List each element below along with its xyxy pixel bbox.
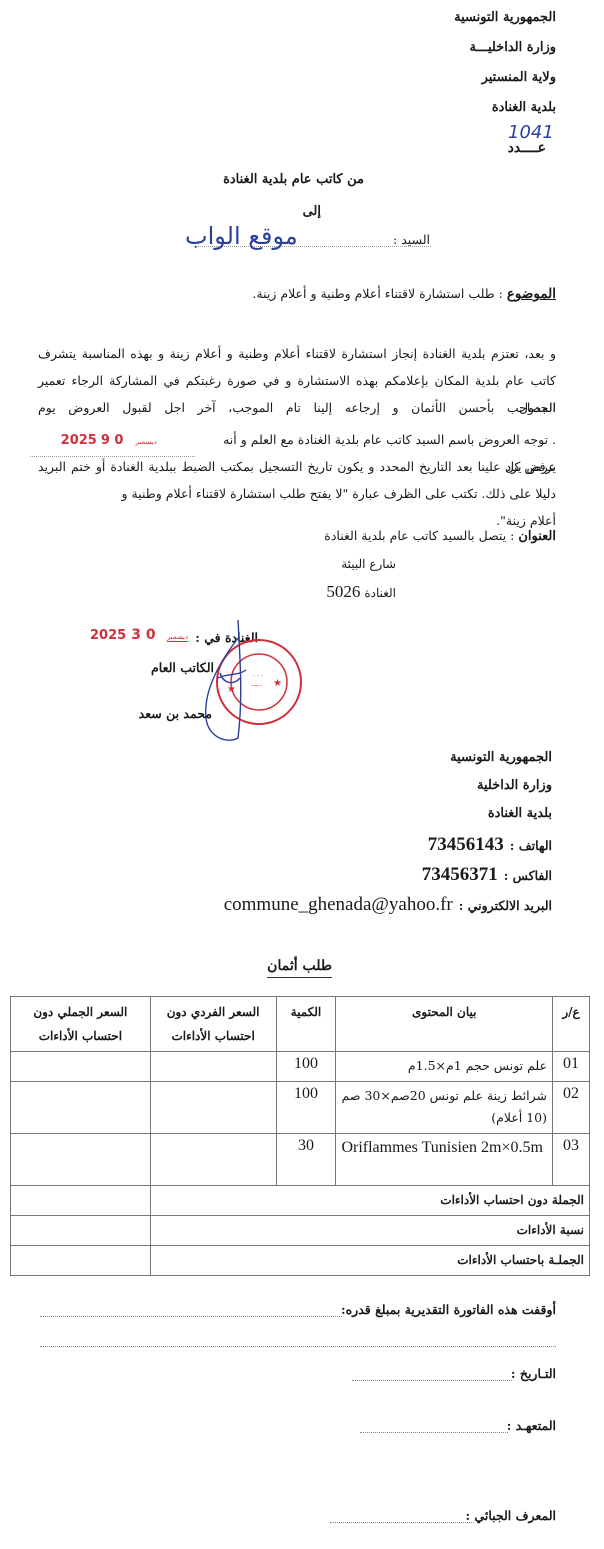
sender-line: من كاتب عام بلدية الغنادة — [223, 172, 364, 187]
col-header-unit-price: السعر الفردي دوناحتساب الأداءات — [150, 997, 276, 1052]
supplier-label: المتعهـد : — [507, 1418, 556, 1433]
tax-id-label: المعرف الجبائي : — [465, 1508, 556, 1523]
summary-value[interactable] — [11, 1246, 151, 1276]
summary-label: نسبة الأداءات — [150, 1216, 589, 1246]
row-unit-price[interactable] — [150, 1082, 276, 1134]
to-label: إلى — [303, 204, 321, 219]
closing-amount-field-line2[interactable] — [40, 1346, 556, 1347]
subject-text: : طلب استشارة لاقتناء أعلام وطنية و أعلا… — [252, 286, 502, 301]
form-header-municipality: بلدية الغنادة — [488, 806, 552, 821]
header-governorate: ولاية المنستير — [482, 70, 556, 85]
body-line-1: و بعد، تعتزم بلدية الغنادة إنجاز استشارة… — [38, 340, 556, 367]
summary-row-subtotal: الجملة دون احتساب الأداءات — [11, 1186, 590, 1216]
summary-value[interactable] — [11, 1186, 151, 1216]
recipient-label: السيد : — [393, 232, 430, 247]
body-line-6: دليلا على ذلك. تكتب على الظرف عبارة "لا … — [110, 480, 556, 534]
table-row: 02 شرائط زينة علم تونس 20صم×30 صم (10 أع… — [11, 1082, 590, 1134]
address-line-2: شارع البيئة — [341, 557, 396, 571]
row-unit-price[interactable] — [150, 1134, 276, 1186]
email-address[interactable]: commune_ghenada@yahoo.fr — [224, 894, 453, 916]
row-total-price[interactable] — [11, 1082, 151, 1134]
row-description: علم تونس حجم 1م×1.5م — [336, 1052, 553, 1082]
form-header-republic: الجمهورية التونسية — [450, 750, 552, 765]
row-number: 03 — [553, 1134, 590, 1186]
body-line-3: المصاحب بأحسن الأثمان و إرجاعه إلينا تام… — [38, 394, 556, 421]
tax-id-field[interactable] — [330, 1522, 474, 1523]
col-header-total-price: السعر الجملي دوناحتساب الأداءات — [11, 997, 151, 1052]
col-header-quantity: الكمية — [276, 997, 336, 1052]
email-line: البريد الالكتروني : commune_ghenada@yaho… — [224, 894, 552, 916]
signature-icon — [198, 618, 268, 744]
handwritten-signature — [198, 618, 268, 744]
row-description: شرائط زينة علم تونس 20صم×30 صم (10 أعلام… — [336, 1082, 553, 1134]
row-quantity: 100 — [276, 1082, 336, 1134]
svg-text:★: ★ — [273, 678, 282, 689]
closing-amount-field[interactable] — [40, 1316, 342, 1317]
row-description: Oriflammes Tunisien 2m×0.5m — [336, 1134, 553, 1186]
summary-row-total: الجملـة باحتساب الأداءات — [11, 1246, 590, 1276]
row-number: 02 — [553, 1082, 590, 1134]
ref-label: عــــدد — [508, 140, 546, 156]
summary-label: الجملـة باحتساب الأداءات — [150, 1246, 589, 1276]
table-row: 03 Oriflammes Tunisien 2m×0.5m 30 — [11, 1134, 590, 1186]
header-municipality: بلدية الغنادة — [492, 100, 556, 115]
phone-line: الهاتف : 73456143 — [428, 834, 552, 856]
row-total-price[interactable] — [11, 1052, 151, 1082]
summary-label: الجملة دون احتساب الأداءات — [150, 1186, 589, 1216]
header-ministry: وزارة الداخليـــة — [470, 40, 556, 55]
price-quote-table: ع/ر بيان المحتوى الكمية السعر الفردي دون… — [10, 996, 590, 1276]
table-row: 01 علم تونس حجم 1م×1.5م 100 — [11, 1052, 590, 1082]
fax-line: الفاكس : 73456371 — [422, 864, 552, 886]
summary-row-tax-rate: نسبة الأداءات — [11, 1216, 590, 1246]
row-unit-price[interactable] — [150, 1052, 276, 1082]
row-total-price[interactable] — [11, 1134, 151, 1186]
address-line-1: العنوان : يتصل بالسيد كاتب عام بلدية الغ… — [324, 528, 556, 544]
col-header-description: بيان المحتوى — [336, 997, 553, 1052]
header-republic: الجمهورية التونسية — [454, 10, 556, 25]
row-quantity: 30 — [276, 1134, 336, 1186]
address-line-3: الغنادة 5026 — [326, 582, 396, 602]
recipient-handwritten: موقع الواب — [185, 222, 298, 250]
date-field[interactable] — [352, 1380, 512, 1381]
row-quantity: 100 — [276, 1052, 336, 1082]
date-stamp: 2025 ديسمبر 0 3 — [90, 624, 194, 643]
form-header-ministry: وزارة الداخلية — [477, 778, 552, 793]
col-header-number: ع/ر — [553, 997, 590, 1052]
subject-line: الموضوع : طلب استشارة لاقتناء أعلام وطني… — [252, 286, 556, 302]
supplier-field[interactable] — [360, 1432, 508, 1433]
row-number: 01 — [553, 1052, 590, 1082]
closing-amount-label: أوقفت هذه الفاتورة التقديرية بمبلغ قدره: — [341, 1302, 556, 1317]
table-header-row: ع/ر بيان المحتوى الكمية السعر الفردي دون… — [11, 997, 590, 1052]
form-title: طلب أثمان — [267, 958, 332, 978]
date-label: التـاريخ : — [511, 1366, 556, 1381]
summary-value[interactable] — [11, 1216, 151, 1246]
subject-label: الموضوع — [507, 286, 556, 302]
body-line-5: عرض يرد علينا بعد التاريخ المحدد و يكون … — [38, 453, 556, 480]
